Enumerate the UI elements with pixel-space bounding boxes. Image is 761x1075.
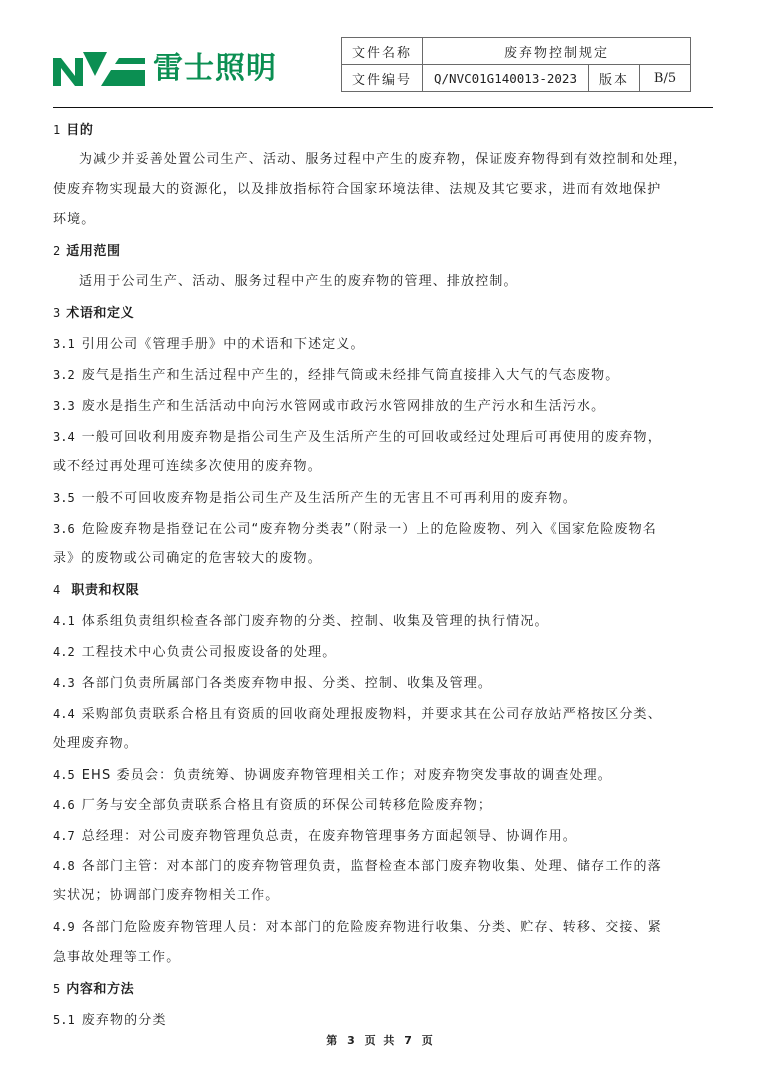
paragraph-line: 环境。: [53, 210, 95, 230]
document-info-table: 文件名称 废弃物控制规定 文件编号 Q/NVC01G140013-2023 版本…: [341, 37, 691, 92]
version-value: B/5: [640, 65, 691, 92]
clause-line: 3.5一般不可回收废弃物是指公司生产及生活所产生的无害且不可再利用的废弃物。: [53, 488, 577, 508]
section-heading: 2适用范围: [53, 241, 121, 261]
section-heading: 1目的: [53, 120, 93, 140]
page-number: 第 3 页 共 7 页: [0, 1032, 761, 1048]
clause-continuation: 实状况；协调部门废弃物相关工作。: [53, 886, 279, 906]
section-heading: 3术语和定义: [53, 303, 134, 323]
paragraph-line: 使废弃物实现最大的资源化，以及排放指标符合国家环境法律、法规及其它要求，进而有效…: [53, 180, 661, 200]
clause-line: 3.6危险废弃物是指登记在公司“废弃物分类表”（附录一）上的危险废物、列入《国家…: [53, 519, 657, 539]
document-name-value: 废弃物控制规定: [423, 38, 691, 65]
clause-line: 4.8各部门主管：对本部门的废弃物管理负责，监督检查本部门废弃物收集、处理、储存…: [53, 856, 662, 876]
clause-continuation: 或不经过再处理可连续多次使用的废弃物。: [53, 457, 322, 477]
clause-line: 4.3各部门负责所属部门各类废弃物申报、分类、控制、收集及管理。: [53, 673, 492, 693]
clause-line: 5.1废弃物的分类: [53, 1010, 167, 1030]
clause-line: 3.4一般可回收利用废弃物是指公司生产及生活所产生的可回收或经过处理后可再使用的…: [53, 427, 662, 447]
clause-line: 3.2废气是指生产和生活过程中产生的，经排气筒或未经排气筒直接排入大气的气态废物…: [53, 365, 619, 385]
section-heading: 4 职责和权限: [53, 580, 139, 600]
total-pages: 7: [404, 1034, 414, 1047]
clause-line: 4.5EHS 委员会：负责统筹、协调废弃物管理相关工作；对废弃物突发事故的调查处…: [53, 765, 612, 785]
clause-line: 4.2工程技术中心负责公司报废设备的处理。: [53, 642, 336, 662]
section-heading: 5内容和方法: [53, 979, 134, 999]
clause-continuation: 急事故处理等工作。: [53, 948, 180, 968]
nvc-logo-icon: [53, 52, 145, 86]
document-code-value: Q/NVC01G140013-2023: [423, 65, 589, 92]
clause-continuation: 处理废弃物。: [53, 734, 138, 754]
paragraph-line: 为减少并妥善处置公司生产、活动、服务过程中产生的废弃物，保证废弃物得到有效控制和…: [79, 150, 687, 170]
document-code-label: 文件编号: [342, 65, 423, 92]
brand-name: 雷士照明: [153, 50, 277, 88]
clause-line: 4.6厂务与安全部负责联系合格且有资质的环保公司转移危险废弃物；: [53, 795, 492, 815]
document-name-label: 文件名称: [342, 38, 423, 65]
paragraph-line: 适用于公司生产、活动、服务过程中产生的废弃物的管理、排放控制。: [79, 272, 518, 292]
clause-continuation: 录》的废物或公司确定的危害较大的废物。: [53, 549, 322, 569]
clause-line: 4.9各部门危险废弃物管理人员：对本部门的危险废弃物进行收集、分类、贮存、转移、…: [53, 917, 662, 937]
current-page: 3: [347, 1034, 357, 1047]
clause-line: 3.3废水是指生产和生活活动中向污水管网或市政污水管网排放的生产污水和生活污水。: [53, 396, 605, 416]
clause-line: 4.7总经理：对公司废弃物管理负总责，在废弃物管理事务方面起领导、协调作用。: [53, 826, 577, 846]
version-label: 版本: [589, 65, 640, 92]
clause-line: 4.4采购部负责联系合格且有资质的回收商处理报废物料，并要求其在公司存放站严格按…: [53, 704, 662, 724]
document-code-row: 文件编号 Q/NVC01G140013-2023 版本 B/5: [342, 65, 691, 92]
header-divider: [53, 107, 713, 108]
clause-line: 4.1体系组负责组织检查各部门废弃物的分类、控制、收集及管理的执行情况。: [53, 611, 549, 631]
document-name-row: 文件名称 废弃物控制规定: [342, 38, 691, 65]
clause-line: 3.1引用公司《管理手册》中的术语和下述定义。: [53, 334, 365, 354]
company-logo: 雷士照明: [53, 50, 285, 88]
